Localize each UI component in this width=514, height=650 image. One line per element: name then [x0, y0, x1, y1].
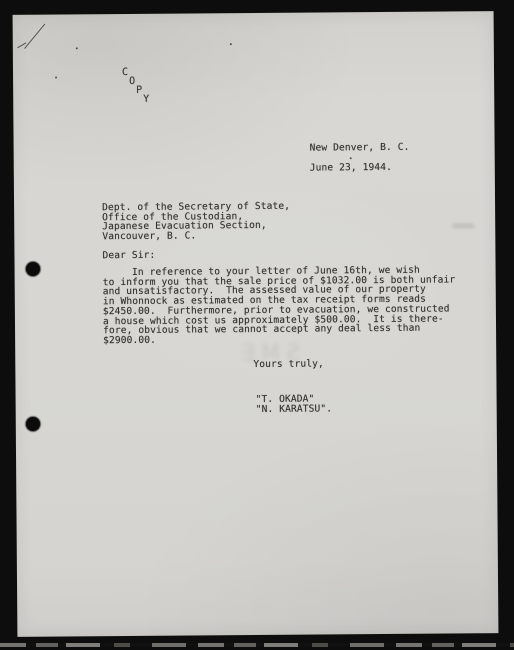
- dateline-place: New Denver, B. C.: [310, 143, 410, 153]
- punch-hole: [26, 262, 40, 276]
- copy-stamp-letter: O: [129, 76, 135, 87]
- signature: "N. KARATSU".: [256, 404, 332, 414]
- copy-stamp-letter: P: [136, 85, 142, 96]
- letter-body: In reference to your letter of June 16th…: [103, 265, 456, 345]
- closing: Yours truly,: [253, 359, 324, 369]
- recipient-line: Vancouver, B. C.: [102, 231, 290, 242]
- letter-page: SME C O P Y New Denver, B. C. June 23, 1…: [13, 11, 499, 637]
- copy-stamp-letter: Y: [143, 94, 149, 105]
- dust-speck: [230, 43, 232, 45]
- film-edge-markings: [0, 643, 514, 647]
- recipient-address: Dept. of the Secretary of State, Office …: [102, 202, 290, 242]
- microfilm-frame: SME C O P Y New Denver, B. C. June 23, 1…: [0, 0, 514, 650]
- dateline-date: June 23, 1944.: [310, 162, 410, 172]
- dust-speck: [55, 77, 57, 79]
- signature-block: "T. OKADA" "N. KARATSU".: [256, 394, 333, 414]
- salutation: Dear Sir:: [102, 251, 155, 261]
- body-line: $2900.00.: [103, 333, 456, 345]
- scratch-mark: [24, 24, 45, 49]
- dateline: New Denver, B. C. June 23, 1944.: [310, 143, 410, 173]
- copy-stamp-letter: C: [122, 67, 128, 78]
- punch-hole: [26, 417, 40, 431]
- dust-speck: [76, 47, 78, 49]
- ink-smudge: [452, 223, 474, 228]
